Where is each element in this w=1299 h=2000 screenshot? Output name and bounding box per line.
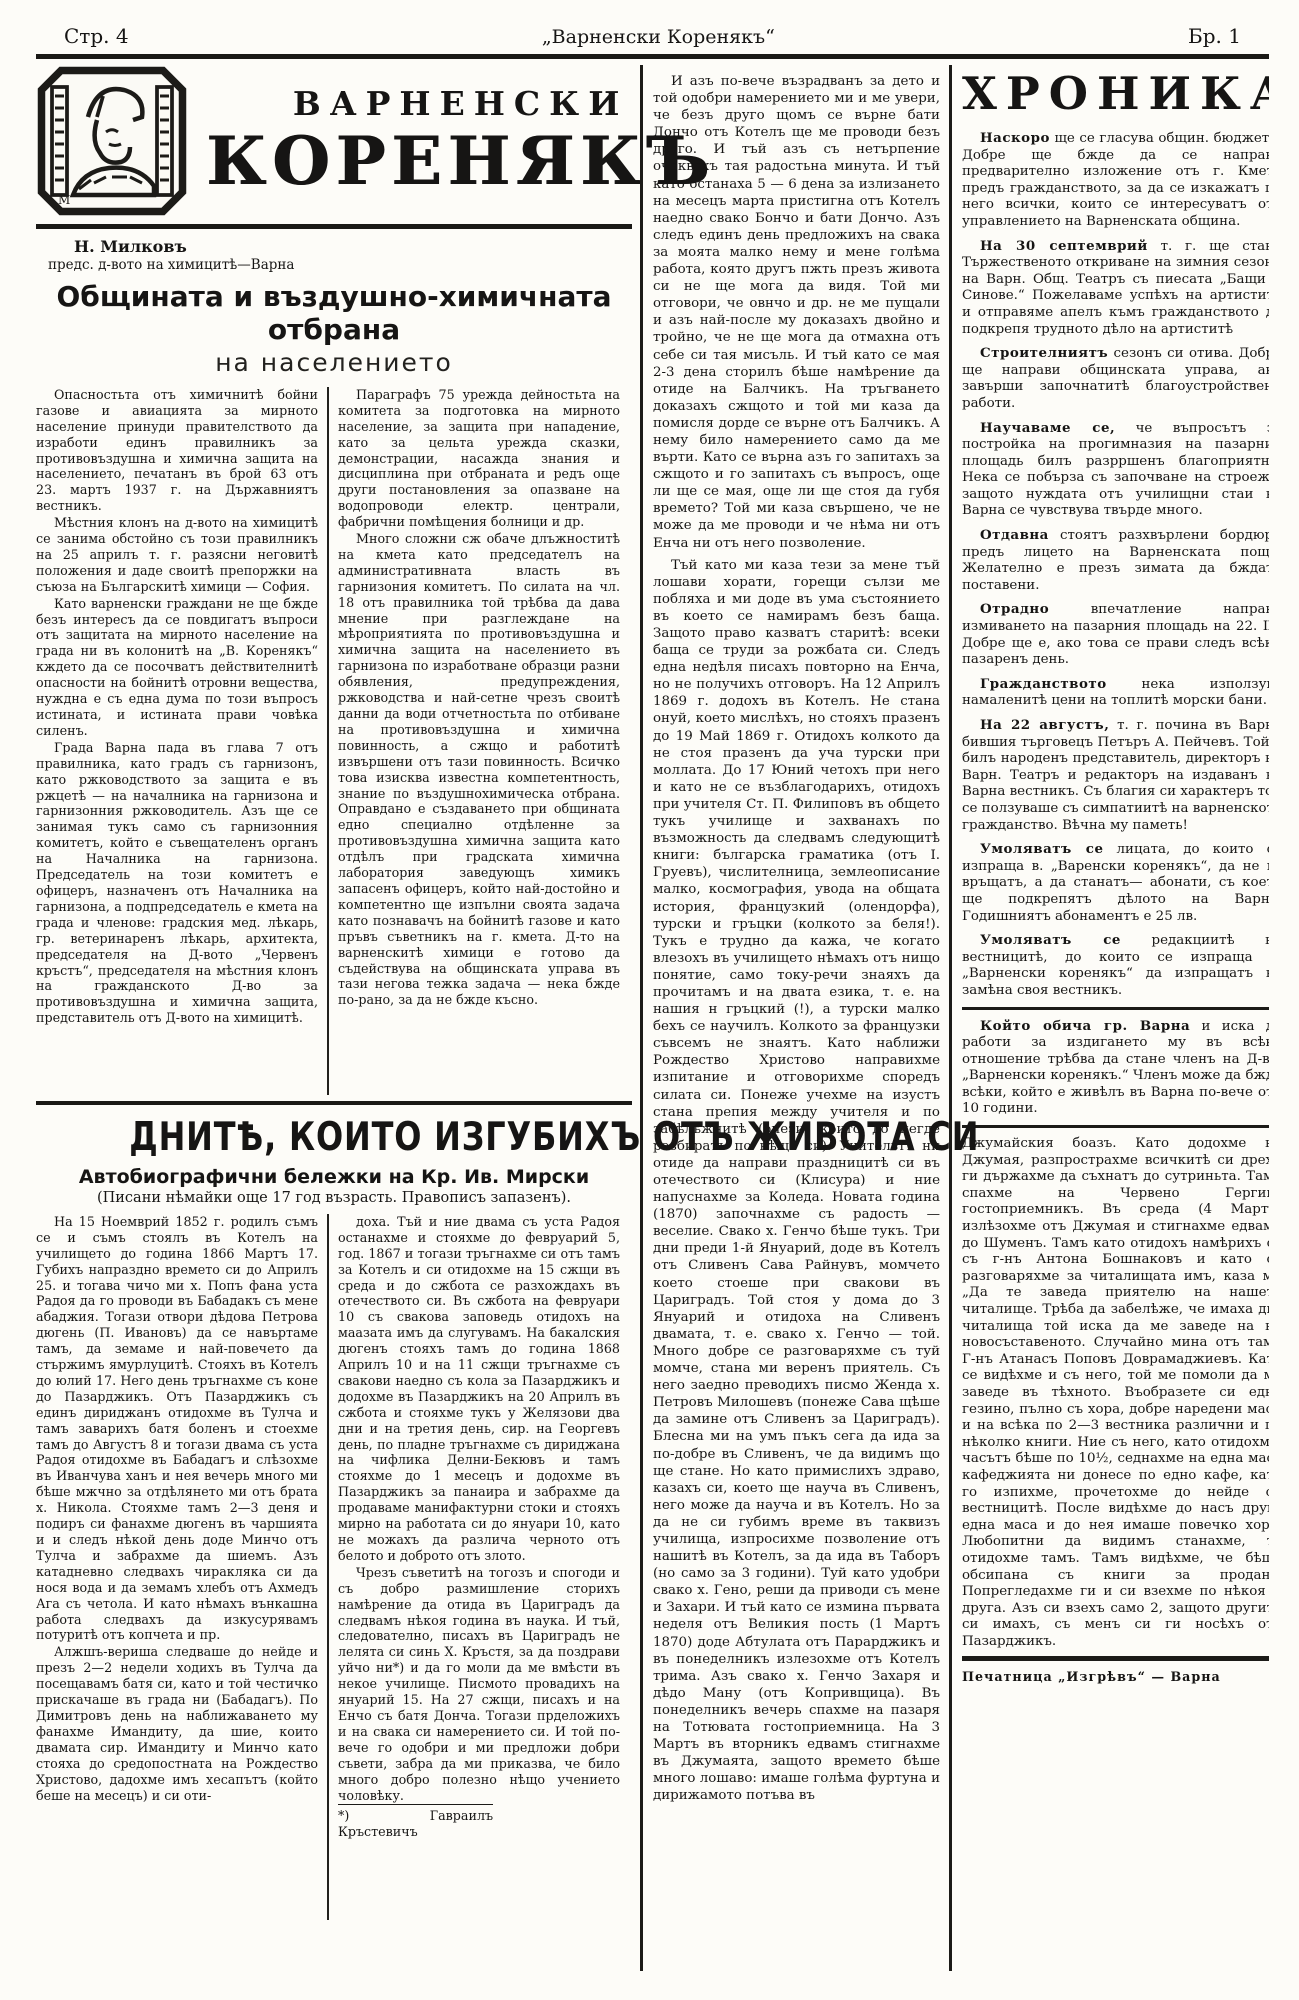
chronicle-item-lead: Наскоро bbox=[980, 130, 1050, 146]
article2-headline: ДНИТѢ, КОИТО ИЗГУБИХЪ ОТЪ ЖИВОТА СИ bbox=[129, 1115, 979, 1160]
paragraph: На 15 Ноемврий 1852 г. родилъ съмъ се и … bbox=[36, 1214, 318, 1643]
chronicle-item: Строителниятъ сезонъ си отива. Добре ще … bbox=[962, 345, 1269, 412]
article2-column-2: доха. Тъй и ние двама съ уста Радоя оста… bbox=[329, 1214, 620, 1920]
paragraph: И азъ по-вече възрадванъ за дето и той о… bbox=[653, 73, 940, 552]
paragraph: Чрезъ съветитѣ на тогозъ и спогоди и съ … bbox=[338, 1565, 620, 1804]
page-number-label: Стр. 4 bbox=[64, 24, 129, 48]
horizontal-rule bbox=[962, 1656, 1269, 1661]
chronicle-item-text: т. г. почина въ Варна бившия търговецъ П… bbox=[962, 718, 1269, 833]
printer-imprint: Печатница „Изгрѣвъ“ — Варна bbox=[962, 1669, 1269, 1685]
chronicle-item: Гражданството нека използува намаленитѣ … bbox=[962, 676, 1269, 710]
article2-byline: Автобиографични бележки на Кр. Ив. Мирск… bbox=[36, 1166, 632, 1188]
chronicle-column: ХРОНИКА Наскоро ще се гласува общин. бюд… bbox=[952, 65, 1269, 1971]
chronicle-item-lead: Строителниятъ bbox=[980, 345, 1108, 361]
chronicle-item: На 30 септемврий т. г. ще стане Тържеств… bbox=[962, 238, 1269, 339]
paragraph: Мѣстния клонъ на д-вото на химицитѣ се з… bbox=[36, 515, 318, 595]
article1-column-2: Параграфъ 75 урежда дейностьта на комите… bbox=[329, 387, 620, 1095]
chronicle-item-lead: Умоляватъ се bbox=[980, 932, 1121, 948]
horizontal-rule bbox=[962, 1007, 1269, 1010]
paragraph: Тъй като ми каза тези за мене тъй лошави… bbox=[653, 557, 940, 1805]
chronicle-item: Умоляватъ се лицата, до които се изпраща… bbox=[962, 841, 1269, 925]
chronicle-item: Отдавна стоятъ разхвърлени бордюри предъ… bbox=[962, 527, 1269, 594]
issue-number-label: Бр. 1 bbox=[1188, 24, 1241, 48]
author-byline: Н. Милковъ предс. д-вото на химицитѣ—Вар… bbox=[48, 237, 632, 274]
chronicle-item: Отрадно впечатление направи измиването н… bbox=[962, 601, 1269, 668]
membership-appeal-lead: Който обича гр. Варна bbox=[980, 1018, 1190, 1034]
author-name: Н. Милковъ bbox=[74, 237, 632, 257]
paragraph: Като варненски граждани не ще бжде безъ … bbox=[36, 596, 318, 739]
article2-header: ДНИТѢ, КОИТО ИЗГУБИХЪ ОТЪ ЖИВОТА СИ Авто… bbox=[36, 1101, 632, 1206]
masthead-title: ВАРНЕНСКИ КОРЕНЯКЪ bbox=[206, 84, 715, 196]
chronicle-item-lead: Отрадно bbox=[980, 601, 1049, 617]
masthead-woodcut-portrait-icon: М bbox=[36, 66, 188, 216]
chronicle-item: Научаваме се, че въпросътъ за постройка … bbox=[962, 420, 1269, 521]
chronicle-item: Умоляватъ се редакциитѣ на вестницитѣ, д… bbox=[962, 932, 1269, 999]
chronicle-item-lead: Гражданството bbox=[980, 676, 1107, 692]
chronicle-item: На 22 августъ, т. г. почина въ Варна бив… bbox=[962, 717, 1269, 834]
chronicle-item-lead: Умоляватъ се bbox=[980, 841, 1103, 857]
newspaper-name: „Варненски Коренякъ“ bbox=[542, 26, 775, 48]
chronicle-item-lead: Отдавна bbox=[980, 527, 1049, 543]
paragraph: Параграфъ 75 урежда дейностьта на комите… bbox=[338, 387, 620, 530]
paragraph: Града Варна пада въ глава 7 отъ правилни… bbox=[36, 740, 318, 1026]
memoir-continuation: Джумайския боазъ. Като додохме на Джумая… bbox=[962, 1136, 1269, 1650]
article2-column-1: На 15 Ноемврий 1852 г. родилъ съмъ се и … bbox=[36, 1214, 327, 1920]
article1-header: Общината и въздушно-химичната отбрана на… bbox=[36, 280, 632, 377]
article1-subheadline: на населението bbox=[36, 348, 632, 377]
paragraph: Опасностьта отъ химичнитѣ бойни газове и… bbox=[36, 387, 318, 514]
article2-note: (Писани нѣмайки още 17 год възрасть. Пра… bbox=[36, 1190, 632, 1206]
page-content: М ВАРНЕНСКИ КОРЕНЯКЪ Н. Милковъ предс. д… bbox=[36, 65, 1269, 1971]
article2-continuation-column: И азъ по-вече възрадванъ за дето и той о… bbox=[643, 65, 949, 1971]
masthead-title-line1: ВАРНЕНСКИ bbox=[206, 84, 715, 123]
article2-footnote: *) Гавраилъ Кръстевичъ bbox=[338, 1804, 493, 1840]
article2-columns: На 15 Ноемврий 1852 г. родилъ съмъ се и … bbox=[36, 1214, 632, 1920]
article1-columns: Опасностьта отъ химичнитѣ бойни газове и… bbox=[36, 387, 632, 1095]
article1-column-1: Опасностьта отъ химичнитѣ бойни газове и… bbox=[36, 387, 327, 1095]
author-role: предс. д-вото на химицитѣ—Варна bbox=[48, 257, 632, 274]
chronicle-item-lead: На 30 септемврий bbox=[980, 238, 1148, 254]
article1-headline: Общината и въздушно-химичната отбрана bbox=[36, 280, 632, 346]
paragraph: доха. Тъй и ние двама съ уста Радоя оста… bbox=[338, 1214, 620, 1564]
masthead-title-line2: КОРЕНЯКЪ bbox=[206, 127, 715, 196]
paragraph: Алжшъ-вериша следваше до нейде и презъ 2… bbox=[36, 1644, 318, 1803]
running-head: Стр. 4 „Варненски Коренякъ“ Бр. 1 bbox=[36, 24, 1269, 59]
membership-appeal: Който обича гр. Варна и иска да работи з… bbox=[962, 1018, 1269, 1119]
masthead: М ВАРНЕНСКИ КОРЕНЯКЪ bbox=[36, 65, 632, 229]
horizontal-rule bbox=[962, 1125, 1269, 1128]
newspaper-page: Стр. 4 „Варненски Коренякъ“ Бр. 1 bbox=[0, 0, 1299, 2000]
chronicle-item-lead: На 22 августъ, bbox=[980, 717, 1109, 733]
chronicle-items: Наскоро ще се гласува общин. бюджетъ. До… bbox=[962, 130, 1269, 1000]
svg-text:М: М bbox=[58, 193, 70, 207]
paragraph: Много сложни сж обаче длъжноститѣ на кме… bbox=[338, 531, 620, 1008]
left-section: М ВАРНЕНСКИ КОРЕНЯКЪ Н. Милковъ предс. д… bbox=[36, 65, 640, 1971]
chronicle-title: ХРОНИКА bbox=[962, 67, 1269, 120]
chronicle-item-lead: Научаваме се, bbox=[980, 420, 1115, 436]
chronicle-item: Наскоро ще се гласува общин. бюджетъ. До… bbox=[962, 130, 1269, 231]
